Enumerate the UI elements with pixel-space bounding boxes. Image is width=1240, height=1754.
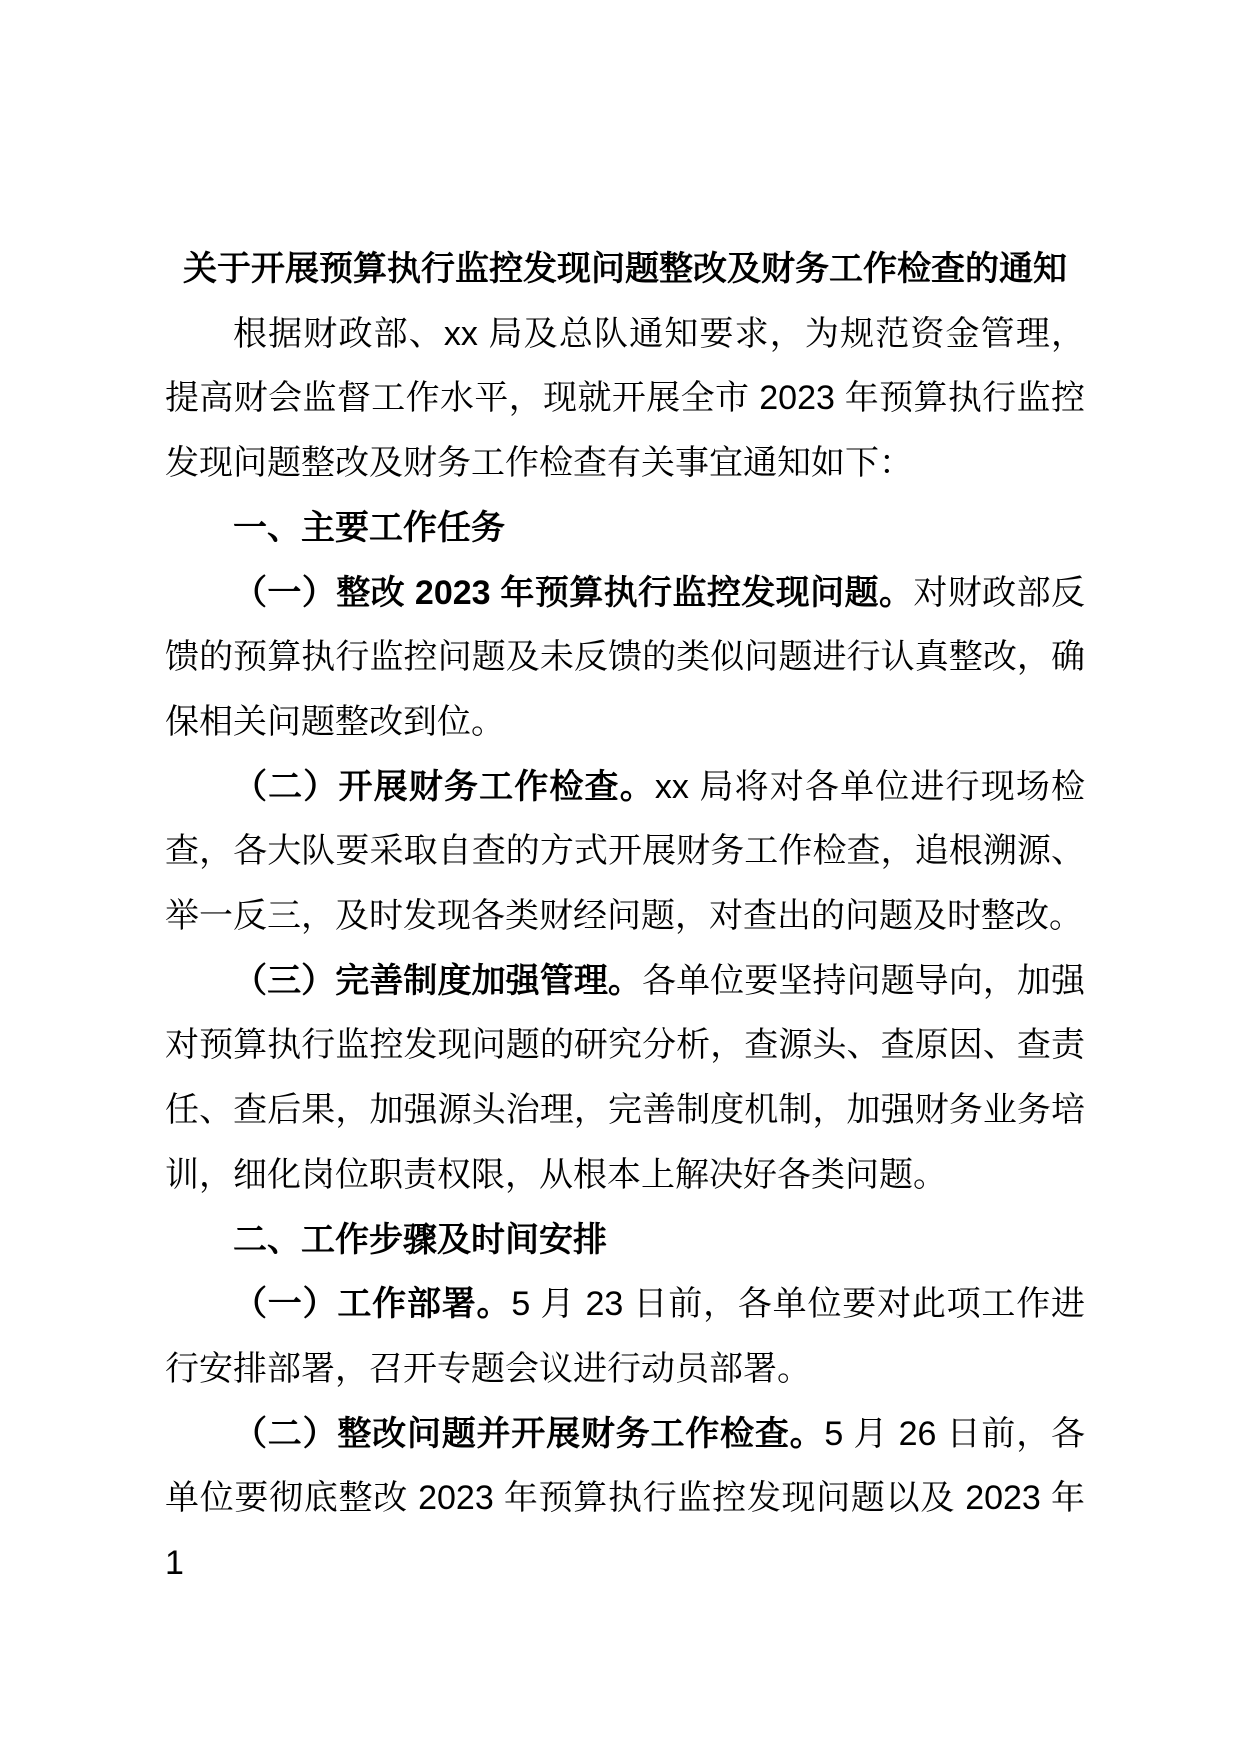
section-1-heading: 一、主要工作任务: [165, 496, 1085, 561]
section-1-item-2-lead: （二）开展财务工作检查。: [233, 768, 655, 806]
section-1-item-1-lead: （一）整改 2023 年预算执行监控发现问题。: [233, 574, 913, 612]
intro-paragraph-text: 根据财政部、xx 局及总队通知要求，为规范资金管理，提高财会监督工作水平，现就开…: [165, 315, 1085, 482]
section-1-item-2-paragraph: （二）开展财务工作检查。xx 局将对各单位进行现场检查，各大队要采取自查的方式开…: [165, 755, 1085, 949]
section-2-item-2-lead: （二）整改问题并开展财务工作检查。: [233, 1415, 824, 1453]
section-2-item-2-paragraph: （二）整改问题并开展财务工作检查。5 月 26 日前，各单位要彻底整改 2023…: [165, 1402, 1085, 1596]
document-page: 关于开展预算执行监控发现问题整改及财务工作检查的通知 根据财政部、xx 局及总队…: [0, 0, 1240, 1754]
intro-paragraph: 根据财政部、xx 局及总队通知要求，为规范资金管理，提高财会监督工作水平，现就开…: [165, 302, 1085, 496]
section-2-item-1-paragraph: （一）工作部署。5 月 23 日前，各单位要对此项工作进行安排部署，召开专题会议…: [165, 1272, 1085, 1401]
document-body: 关于开展预算执行监控发现问题整改及财务工作检查的通知 根据财政部、xx 局及总队…: [165, 237, 1085, 1596]
document-title: 关于开展预算执行监控发现问题整改及财务工作检查的通知: [165, 237, 1085, 302]
section-1-item-3-paragraph: （三）完善制度加强管理。各单位要坚持问题导向，加强对预算执行监控发现问题的研究分…: [165, 949, 1085, 1208]
section-2-heading: 二、工作步骤及时间安排: [165, 1208, 1085, 1273]
section-1-item-1-paragraph: （一）整改 2023 年预算执行监控发现问题。对财政部反馈的预算执行监控问题及未…: [165, 561, 1085, 755]
section-1-item-3-lead: （三）完善制度加强管理。: [233, 962, 642, 1000]
section-2-item-1-lead: （一）工作部署。: [233, 1285, 511, 1323]
